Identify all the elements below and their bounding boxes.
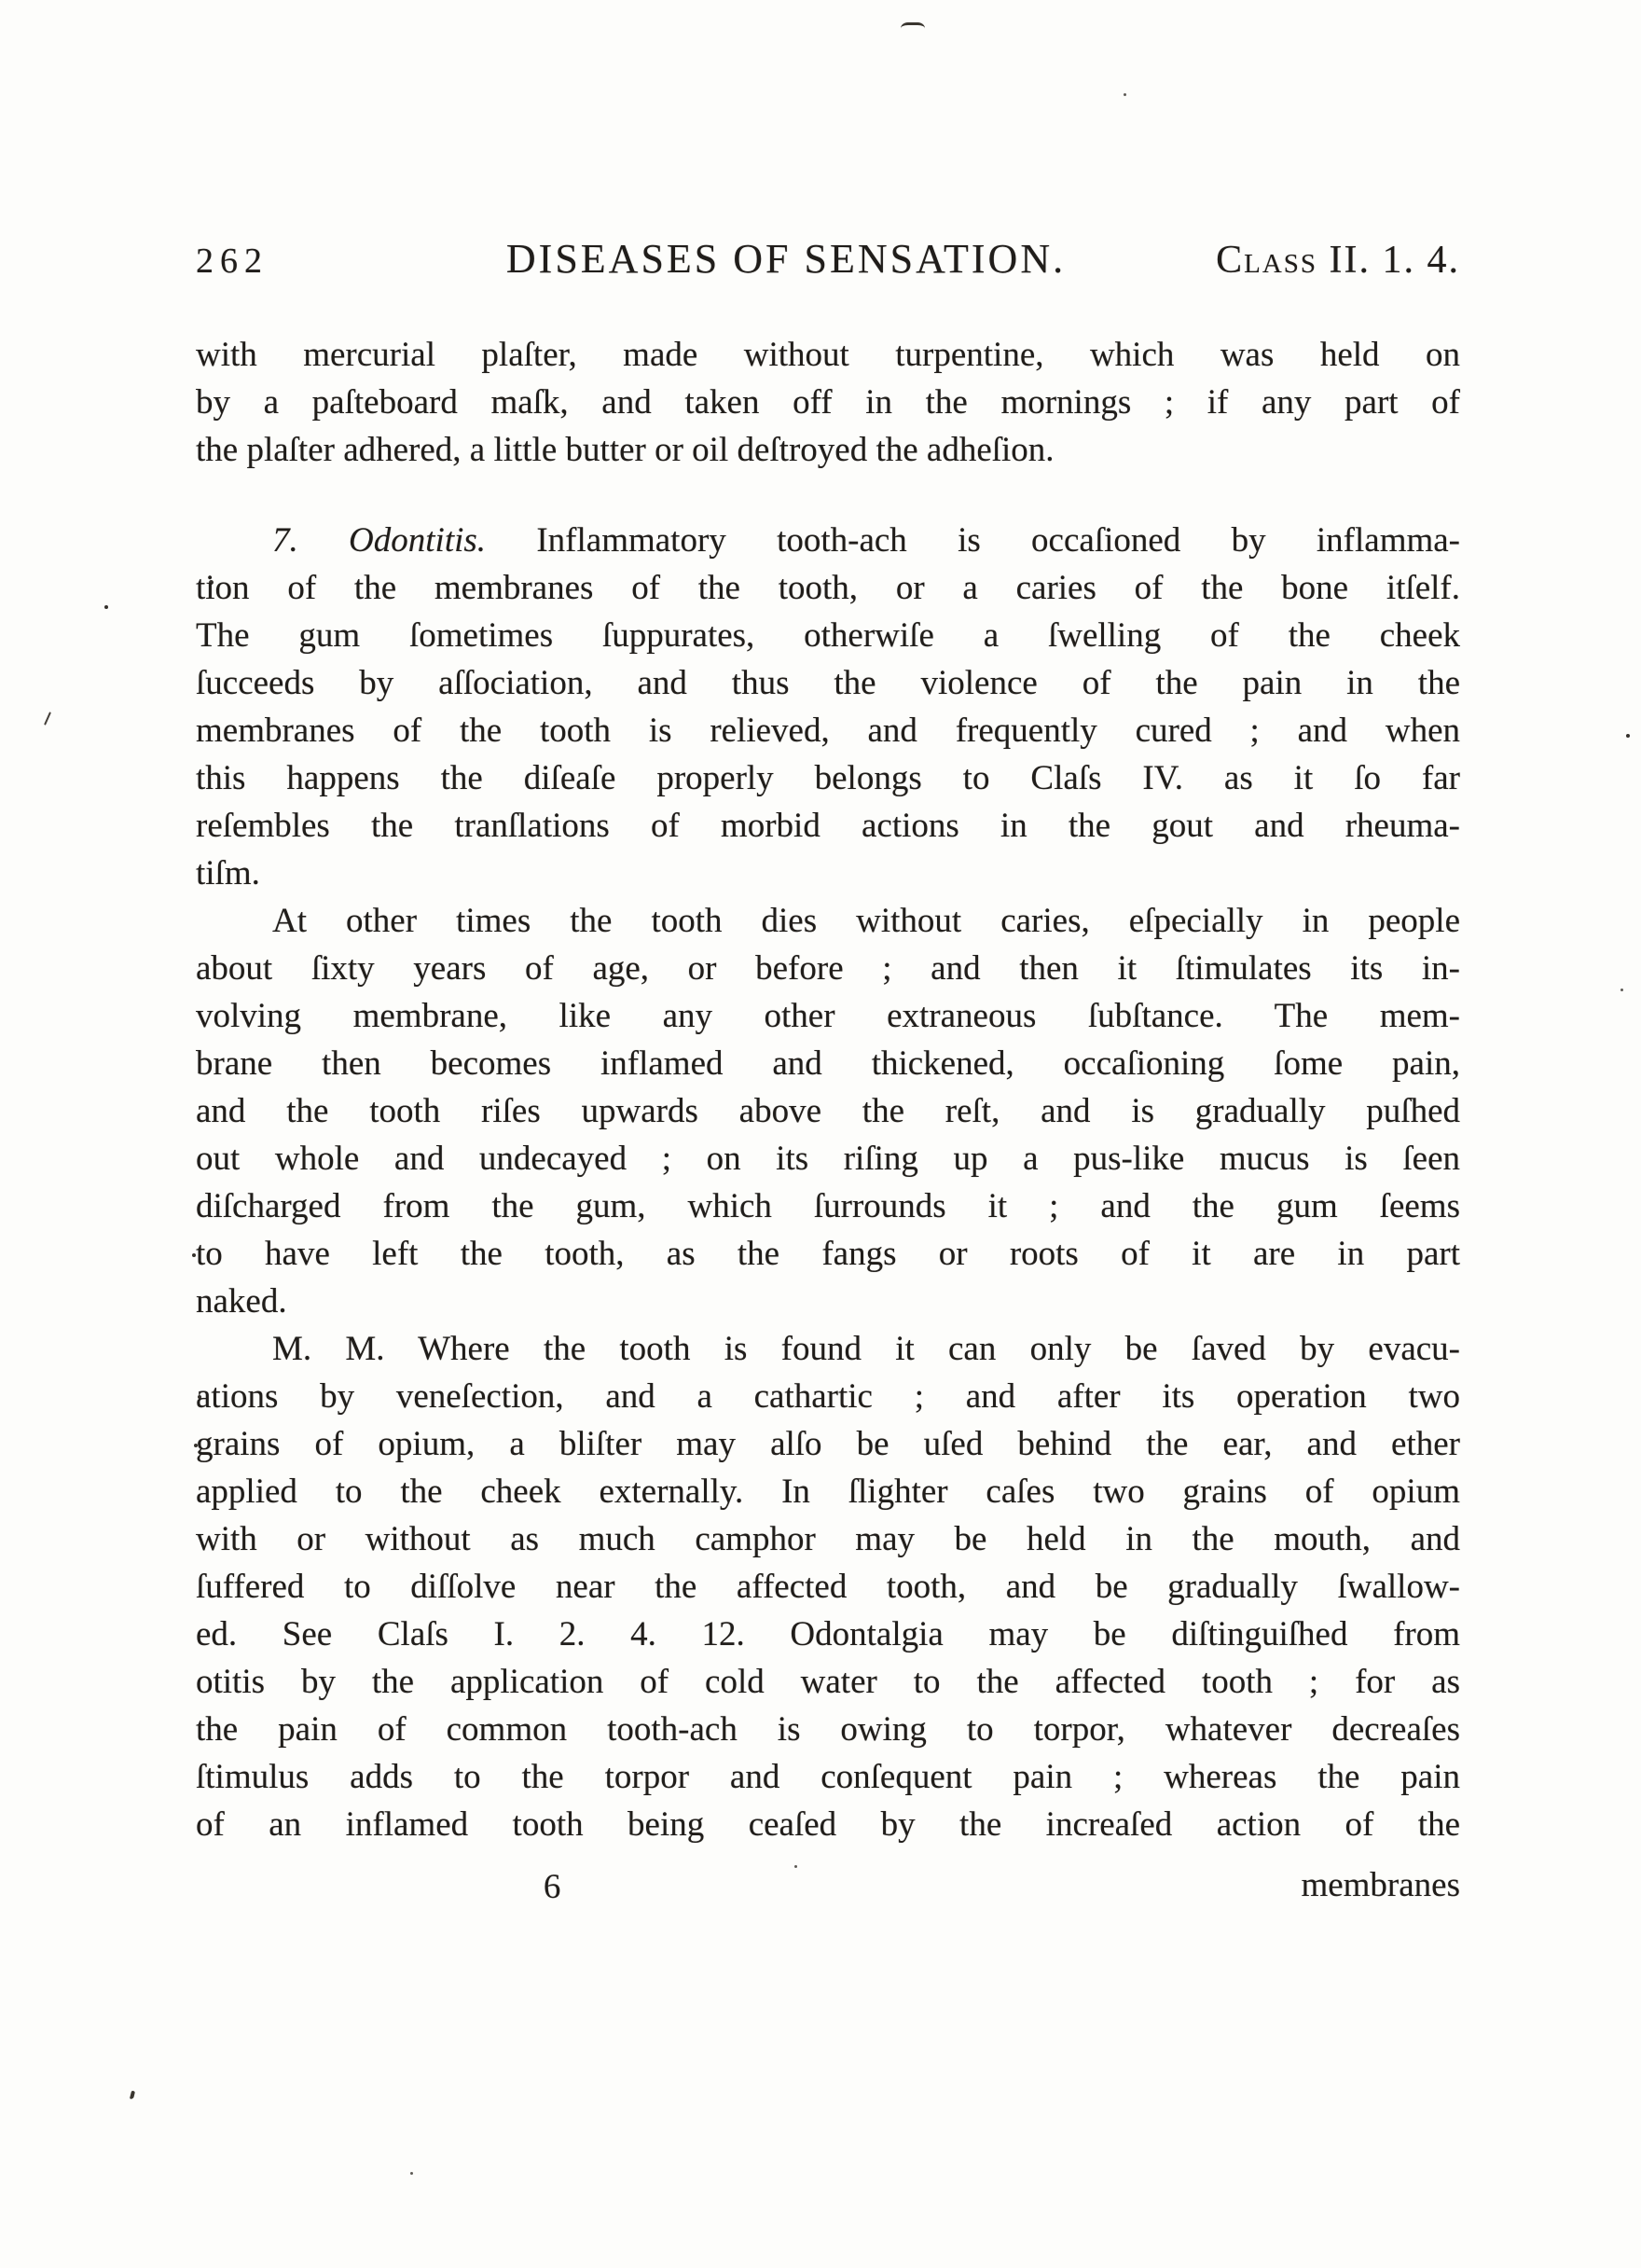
paragraph-plaster: with mercurial plaſter, made without tur… [196,331,1460,474]
class-reference: Class II. 1. 4. [1180,238,1460,283]
text-line: and the tooth riſes upwards above the re… [196,1087,1460,1135]
text-line: to have left the tooth, as the fangs or … [196,1230,1460,1278]
scan-speck [410,2172,413,2175]
text-line: M. M. Where the tooth is found it can on… [196,1325,1460,1373]
section-term: 7. Odontitis. [272,521,486,560]
running-head: 262 DISEASES OF SENSATION. Class II. 1. … [196,235,1460,283]
text-line: grains of opium, a bliſter may alſo be u… [196,1420,1460,1468]
text-line: with mercurial plaſter, made without tur… [196,331,1460,379]
text-line: by a paſteboard maſk, and taken off in t… [196,379,1460,426]
page-number: 262 [196,241,392,282]
scan-speck [130,2091,135,2100]
page-title: DISEASES OF SENSATION. [392,235,1180,283]
scan-speck [104,605,108,609]
text-line: of an inflamed tooth being ceaſed by the… [196,1801,1460,1848]
scan-speck [44,712,51,726]
text-line: ed. See Claſs I. 2. 4. 12. Odontalgia ma… [196,1611,1460,1658]
scan-speck [901,22,925,35]
text-line: tion of the membranes of the tooth, or a… [196,564,1460,612]
text-line: with or without as much camphor may be h… [196,1515,1460,1563]
text-line: the pain of common tooth-ach is owing to… [196,1706,1460,1753]
text-line: membranes of the tooth is relieved, and … [196,707,1460,754]
signature-mark: 6 [544,1863,561,1911]
text-line: this happens the diſeaſe properly belong… [196,754,1460,802]
text-line: applied to the cheek externally. In ſlig… [196,1468,1460,1515]
catchword: membranes [1301,1861,1460,1909]
scan-speck [1626,734,1630,738]
body-text: with mercurial plaſter, made without tur… [196,331,1460,1909]
text-line: The gum ſometimes ſuppurates, otherwiſe … [196,612,1460,659]
text-block: 262 DISEASES OF SENSATION. Class II. 1. … [196,235,1460,1909]
text-line: reſembles the tranſlations of morbid act… [196,802,1460,850]
text-line: ſtimulus adds to the torpor and conſeque… [196,1753,1460,1801]
text-segment: Inflammatory tooth-ach is occaſioned by … [536,521,1460,560]
text-line: brane then becomes inflamed and thickene… [196,1040,1460,1087]
page-footer: 6 membranes [196,1861,1460,1909]
scan-speck [1124,93,1126,96]
text-line: 7. Odontitis. Inflammatory tooth-ach is … [196,517,1460,564]
text-line: naked. [196,1278,1460,1325]
text-line: ſuffered to diſſolve near the affected t… [196,1563,1460,1611]
paragraph-odontitis: 7. Odontitis. Inflammatory tooth-ach is … [196,517,1460,897]
paragraph-tooth-dies: At other times the tooth dies without ca… [196,897,1460,1325]
text-line: ations by veneſection, and a cathartic ;… [196,1373,1460,1420]
text-line: otitis by the application of cold water … [196,1658,1460,1706]
scan-speck [1620,989,1623,991]
text-line: tiſm. [196,850,1460,897]
text-line: ſucceeds by aſſociation, and thus the vi… [196,659,1460,707]
text-line: diſcharged from the gum, which ſurrounds… [196,1182,1460,1230]
text-line: At other times the tooth dies without ca… [196,897,1460,945]
text-line: volving membrane, like any other extrane… [196,992,1460,1040]
text-line: out whole and undecayed ; on its riſing … [196,1135,1460,1182]
text-line: about ſixty years of age, or before ; an… [196,945,1460,992]
text-line: the plaſter adhered, a little butter or … [196,426,1460,474]
paragraph-materia-medica: M. M. Where the tooth is found it can on… [196,1325,1460,1848]
book-page-scan: 262 DISEASES OF SENSATION. Class II. 1. … [0,0,1641,2268]
